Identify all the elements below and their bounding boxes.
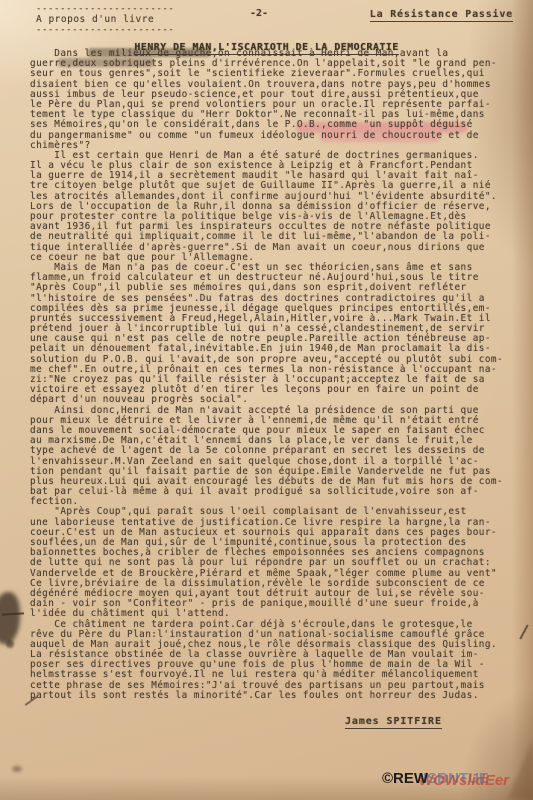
paragraph: Dans les milieux de gauche,on connaissai… [30,49,518,151]
watermark-red-text: WOWslidEer [419,772,509,789]
watermark-black-text: ©REW [382,770,428,787]
paragraph: Mais de Man n'a pas de coeur.C'est un se… [30,263,518,406]
pen-mark [519,624,528,639]
masthead-title: La Résistance Passive [370,9,513,22]
paragraph: Il est certain que Henri de Man a été sa… [30,151,518,263]
dashed-rule: ----------------------- [36,4,174,15]
paper-stain [12,766,22,772]
paragraph: Ainsi donc,Henri de Man n'avait accepté … [30,406,518,508]
dashed-rule: ----------------------- [36,25,174,36]
text-line: bat par celui-là même à qui il avait pro… [30,487,518,497]
watermark: ISBNTUE WOWslidEer ©REW [382,770,522,792]
text-line: type achevé de l'agent de la 5e colonne … [30,446,518,456]
article-body: Dans les milieux de gauche,on connaissai… [30,49,518,701]
header-rubric: ----------------------- A propos d'un li… [36,4,174,36]
author-signature: James SPITFIRE [345,716,442,729]
pen-mark [2,612,24,615]
ink-blot [0,592,20,644]
text-line: l'idée du châtiment qui l'attend. [30,609,518,619]
paragraph: Ce châtiment ne tardera point.Car déjà s… [30,620,518,702]
rubric-label: A propos d'un livre [36,15,174,26]
text-line: "Après Coup",il publie ses mémoires qui,… [30,283,518,293]
text-line: du pangermanisme" ou comme "un fumeux id… [30,131,518,141]
text-line: ses Mémoires,qu'on le considérait,dans l… [30,120,518,130]
page-number: -2- [250,8,268,19]
text-line: partout ils sont restés la minorité".Car… [30,691,518,701]
scanned-document-page: ----------------------- A propos d'un li… [0,0,533,800]
paper-stain [6,640,14,648]
paragraph: "Après Coup",qui paraît sous l'oeil comp… [30,507,518,619]
